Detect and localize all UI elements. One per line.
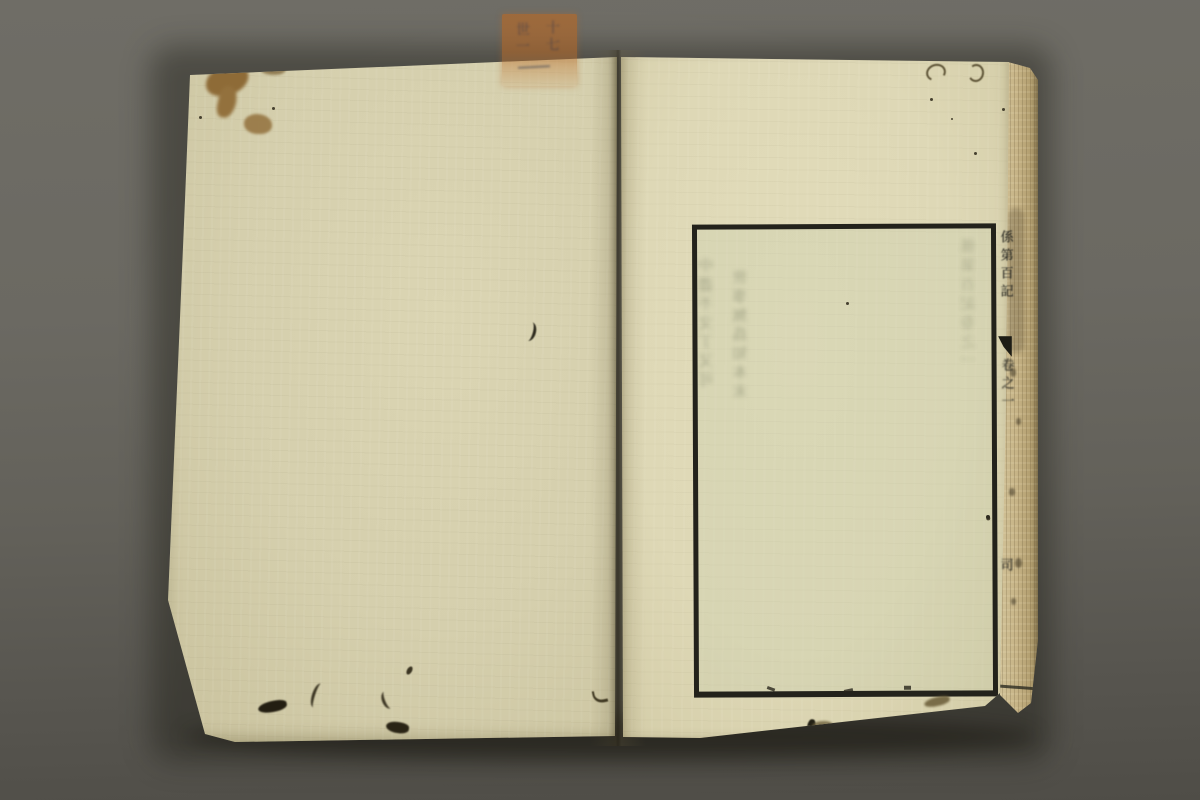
- fleck: [846, 302, 849, 305]
- fleck: [199, 116, 202, 119]
- book-cast-shadow: [150, 46, 1052, 762]
- stain: [812, 720, 834, 731]
- fore-edge-speckle: [1009, 488, 1015, 496]
- stain: [923, 694, 950, 708]
- ink-squiggle: [592, 689, 608, 705]
- ink-squiggle: [308, 682, 325, 709]
- ink-fleck: [405, 665, 414, 675]
- ink-tick: [904, 686, 911, 690]
- ink-mark: [967, 63, 986, 84]
- ink-blot: [257, 699, 287, 715]
- showthrough-text-right-column: 係第百記卷之一: [961, 238, 977, 518]
- fleck: [1002, 108, 1005, 111]
- stain: [259, 60, 287, 76]
- ink-mark: [522, 321, 538, 342]
- gutter-shadow: [590, 50, 646, 746]
- frame-border-over-edge: [995, 684, 1043, 690]
- fore-edge-speckle: [1016, 418, 1021, 425]
- showthrough-text-column-2: 世事無爲知本末: [733, 269, 750, 689]
- stain: [202, 60, 252, 100]
- ink-tick: [844, 688, 853, 693]
- slip-handwriting-column-2: 世一: [512, 22, 532, 78]
- ink-mark: [924, 61, 948, 83]
- printed-grid-frame: 中盡不文丁又可 世事無爲知本末 係第百記卷之一: [692, 223, 998, 697]
- edge-title-text: 係第百記: [998, 230, 1012, 340]
- column-rules: [697, 228, 993, 691]
- left-page-blank: [160, 50, 618, 745]
- ink-blot: [385, 720, 409, 734]
- stain: [244, 114, 272, 134]
- fore-edge-speckle: [1011, 598, 1016, 605]
- fleck: [974, 152, 977, 155]
- ink-dot: [986, 515, 990, 519]
- fishtail-icon: [998, 336, 1012, 357]
- slip-handwriting-column-1: 十七: [542, 20, 562, 76]
- edge-volume-text: 卷之一: [999, 358, 1013, 430]
- ink-dot: [986, 516, 990, 520]
- ink-blot: [806, 719, 816, 735]
- fleck: [930, 98, 933, 101]
- fleck: [272, 107, 275, 110]
- book-bottom-shadow: [185, 716, 1035, 758]
- ink-tick: [767, 686, 776, 692]
- photo-open-book-scene: 中盡不文丁又可 世事無爲知本末 係第百記卷之一 係第百記 卷之一 司 十七 世一: [0, 0, 1200, 800]
- fleck: [951, 118, 953, 120]
- showthrough-text-column-1: 中盡不文丁又可: [699, 258, 716, 688]
- ink-squiggle: [379, 690, 396, 711]
- fore-edge-speckle: [1015, 558, 1022, 568]
- inventory-slip-label: 十七 世一: [502, 14, 577, 86]
- edge-lower-mark: 司: [998, 558, 1012, 578]
- fore-edge-title-strip: 係第百記 卷之一 司: [995, 222, 1017, 642]
- fore-edge-page-stack: [998, 58, 1040, 716]
- fore-edge-speckle: [1010, 368, 1016, 377]
- stain: [215, 84, 239, 119]
- right-page-printed: 中盡不文丁又可 世事無爲知本末 係第百記卷之一: [618, 54, 1013, 744]
- slip-handwriting-stroke: [518, 65, 550, 69]
- fore-edge-ink-smudge: [1008, 208, 1024, 353]
